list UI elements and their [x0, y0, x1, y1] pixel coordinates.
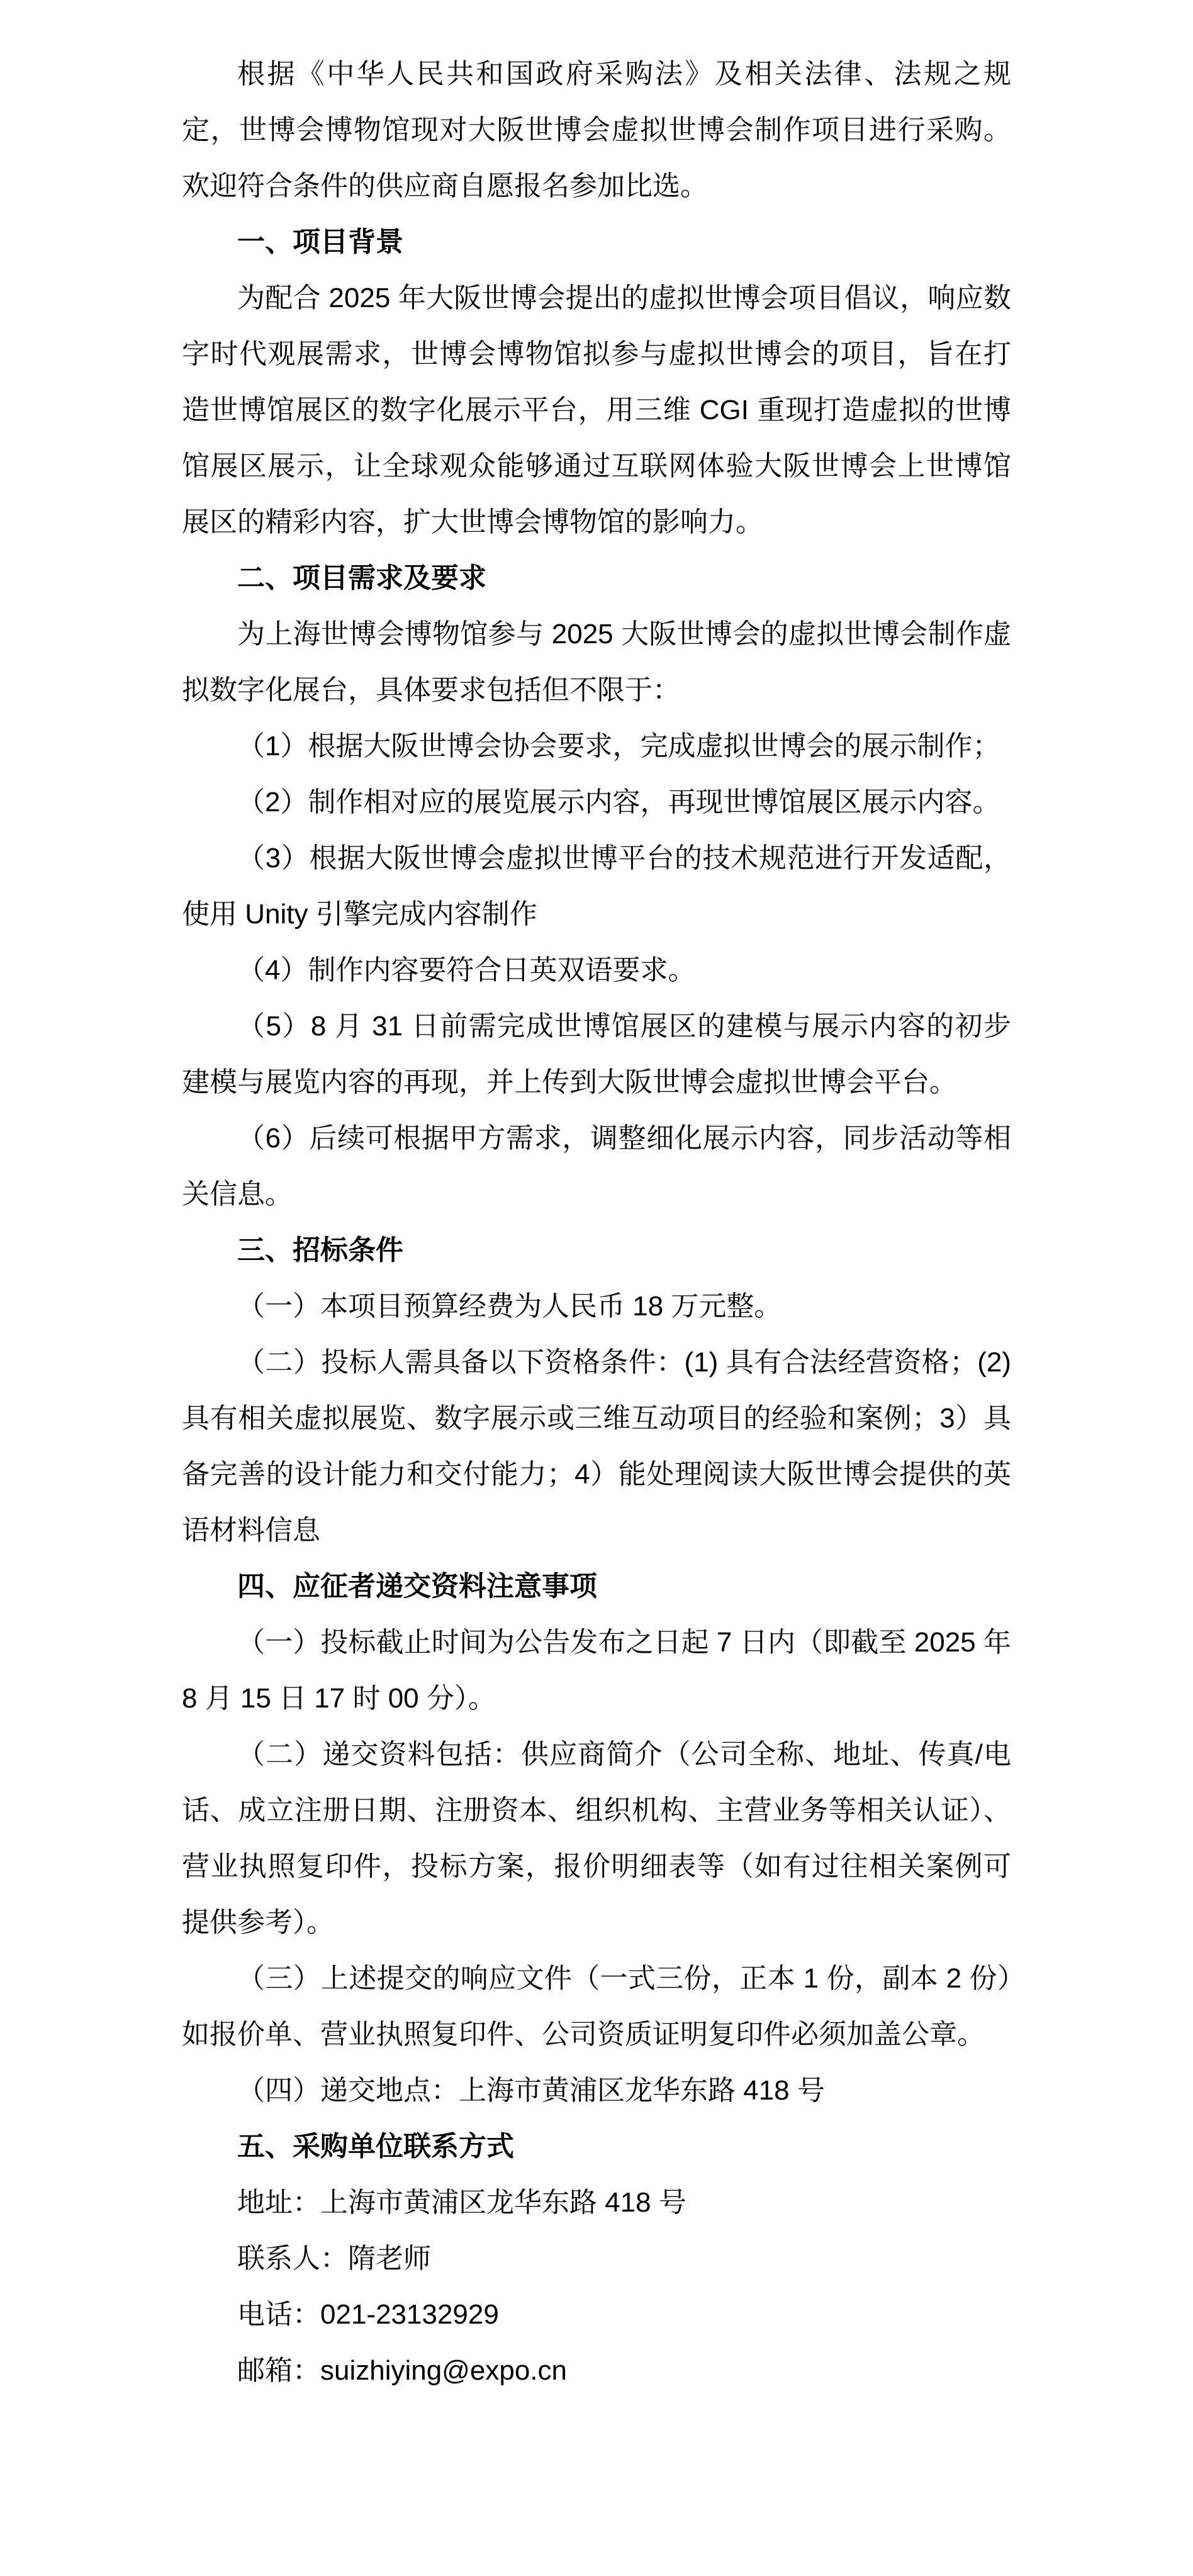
- section1-background-paragraph: 为配合 2025 年大阪世博会提出的虚拟世博会项目倡议，响应数字时代观展需求，世…: [182, 270, 1011, 550]
- submission-note-1: （一）投标截止时间为公告发布之日起 7 日内（即截至 2025 年 8 月 15…: [182, 1614, 1011, 1726]
- section3-heading: 三、招标条件: [182, 1222, 1011, 1278]
- section2-heading: 二、项目需求及要求: [182, 550, 1011, 606]
- requirement-item-2: （2）制作相对应的展览展示内容，再现世博馆展区展示内容。: [182, 774, 1011, 830]
- section4-heading: 四、应征者递交资料注意事项: [182, 1558, 1011, 1614]
- intro-paragraph: 根据《中华人民共和国政府采购法》及相关法律、法规之规定，世博会博物馆现对大阪世博…: [182, 46, 1011, 214]
- submission-note-3: （三）上述提交的响应文件（一式三份，正本 1 份，副本 2 份）如报价单、营业执…: [182, 1950, 1011, 2062]
- section5-heading: 五、采购单位联系方式: [182, 2118, 1011, 2174]
- contact-phone-line: 电话：021-23132929: [182, 2286, 1011, 2343]
- contact-address-line: 地址：上海市黄浦区龙华东路 418 号: [182, 2174, 1011, 2230]
- requirement-item-6: （6）后续可根据甲方需求，调整细化展示内容，同步活动等相关信息。: [182, 1110, 1011, 1222]
- submission-note-2: （二）递交资料包括：供应商简介（公司全称、地址、传真/电话、成立注册日期、注册资…: [182, 1726, 1011, 1950]
- submission-note-4: （四）递交地点：上海市黄浦区龙华东路 418 号: [182, 2062, 1011, 2118]
- requirement-item-3: （3）根据大阪世博会虚拟世博平台的技术规范进行开发适配，使用 Unity 引擎完…: [182, 830, 1011, 942]
- bidding-condition-1: （一）本项目预算经费为人民币 18 万元整。: [182, 1278, 1011, 1334]
- requirement-item-4: （4）制作内容要符合日英双语要求。: [182, 942, 1011, 998]
- bidding-condition-2: （二）投标人需具备以下资格条件：(1) 具有合法经营资格；(2) 具有相关虚拟展…: [182, 1334, 1011, 1558]
- section2-intro-paragraph: 为上海世博会博物馆参与 2025 大阪世博会的虚拟世博会制作虚拟数字化展台，具体…: [182, 606, 1011, 718]
- requirement-item-5: （5）8 月 31 日前需完成世博馆展区的建模与展示内容的初步建模与展览内容的再…: [182, 998, 1011, 1110]
- requirement-item-1: （1）根据大阪世博会协会要求，完成虚拟世博会的展示制作；: [182, 718, 1011, 774]
- contact-person-line: 联系人：隋老师: [182, 2230, 1011, 2286]
- document-page: 根据《中华人民共和国政府采购法》及相关法律、法规之规定，世博会博物馆现对大阪世博…: [0, 0, 1193, 2576]
- contact-email-line: 邮箱：suizhiying@expo.cn: [182, 2343, 1011, 2399]
- section1-heading: 一、项目背景: [182, 214, 1011, 270]
